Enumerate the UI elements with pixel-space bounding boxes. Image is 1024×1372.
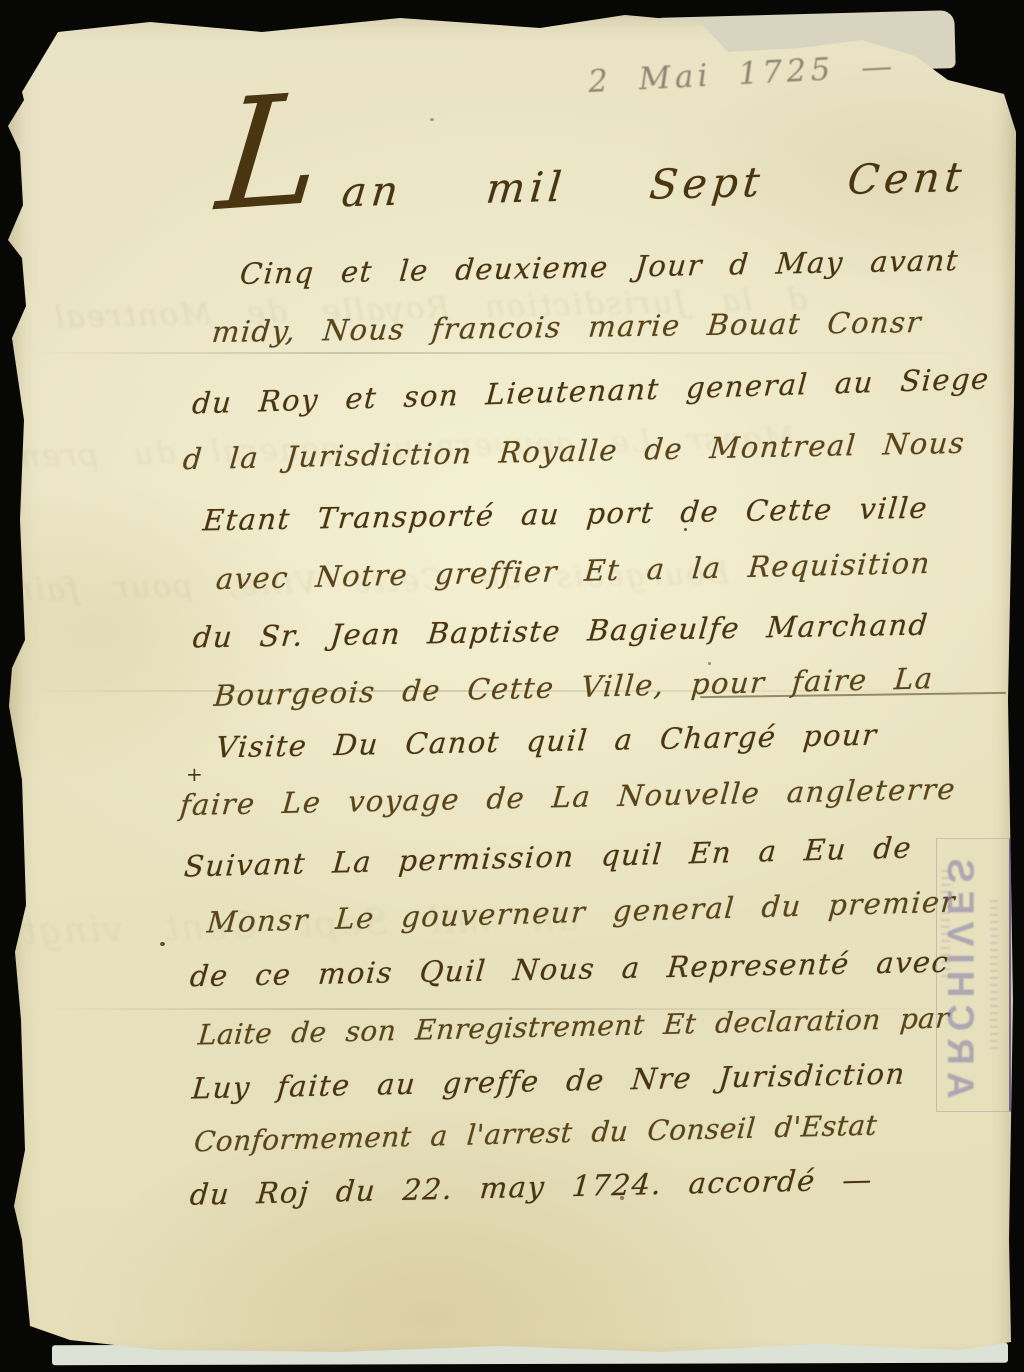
- ink-speck: [684, 528, 687, 531]
- margin-cross-mark: +: [186, 762, 203, 786]
- opening-initial-letter: L: [214, 88, 328, 218]
- manuscript-line: du Sr. Jean Baptiste Bagieulfe Marchand: [192, 608, 931, 655]
- manuscript-line: Cinq et le deuxieme Jour d May avant: [239, 243, 961, 291]
- pencil-date-annotation: 2 Mai 1725 —: [587, 48, 897, 100]
- manuscript-line: du Roy et son Lieutenant general au Sieg…: [191, 361, 991, 420]
- manuscript-page: d la Jurisdiction Royalle de Montreal No…: [0, 0, 1024, 1372]
- paper-crease: [30, 352, 970, 354]
- manuscript-line: Bourgeois de Cette Ville, pour faire La: [213, 661, 935, 713]
- ink-speck: [708, 662, 711, 665]
- manuscript-scan: d la Jurisdiction Royalle de Montreal No…: [0, 0, 1024, 1372]
- manuscript-line: Visite Du Canot quil a Chargé pour: [215, 718, 879, 765]
- manuscript-line: Luy faite au greffe de Nre Jurisdiction: [191, 1056, 907, 1105]
- manuscript-line: an mil Sept Cent vingt: [340, 148, 1024, 217]
- manuscript-line: faire Le voyage de La Nouvelle angleterr…: [179, 772, 958, 822]
- archive-stamp-small-text: [941, 870, 950, 980]
- manuscript-line: Conformement a l'arrest du Conseil d'Est…: [193, 1109, 879, 1159]
- manuscript-line: du Roj du 22. may 1724. accordé —: [189, 1162, 875, 1212]
- manuscript-line: Monsr Le gouverneur general du premier: [206, 884, 957, 939]
- ink-speck: [430, 118, 434, 121]
- manuscript-line: Suivant La permission quil En a Eu de: [183, 830, 914, 883]
- ink-speck: [620, 1196, 624, 1200]
- ink-speck: [160, 942, 165, 946]
- manuscript-line: Etant Transporté au port de Cette ville: [202, 491, 930, 538]
- archive-stamp-small-text: [990, 900, 998, 1050]
